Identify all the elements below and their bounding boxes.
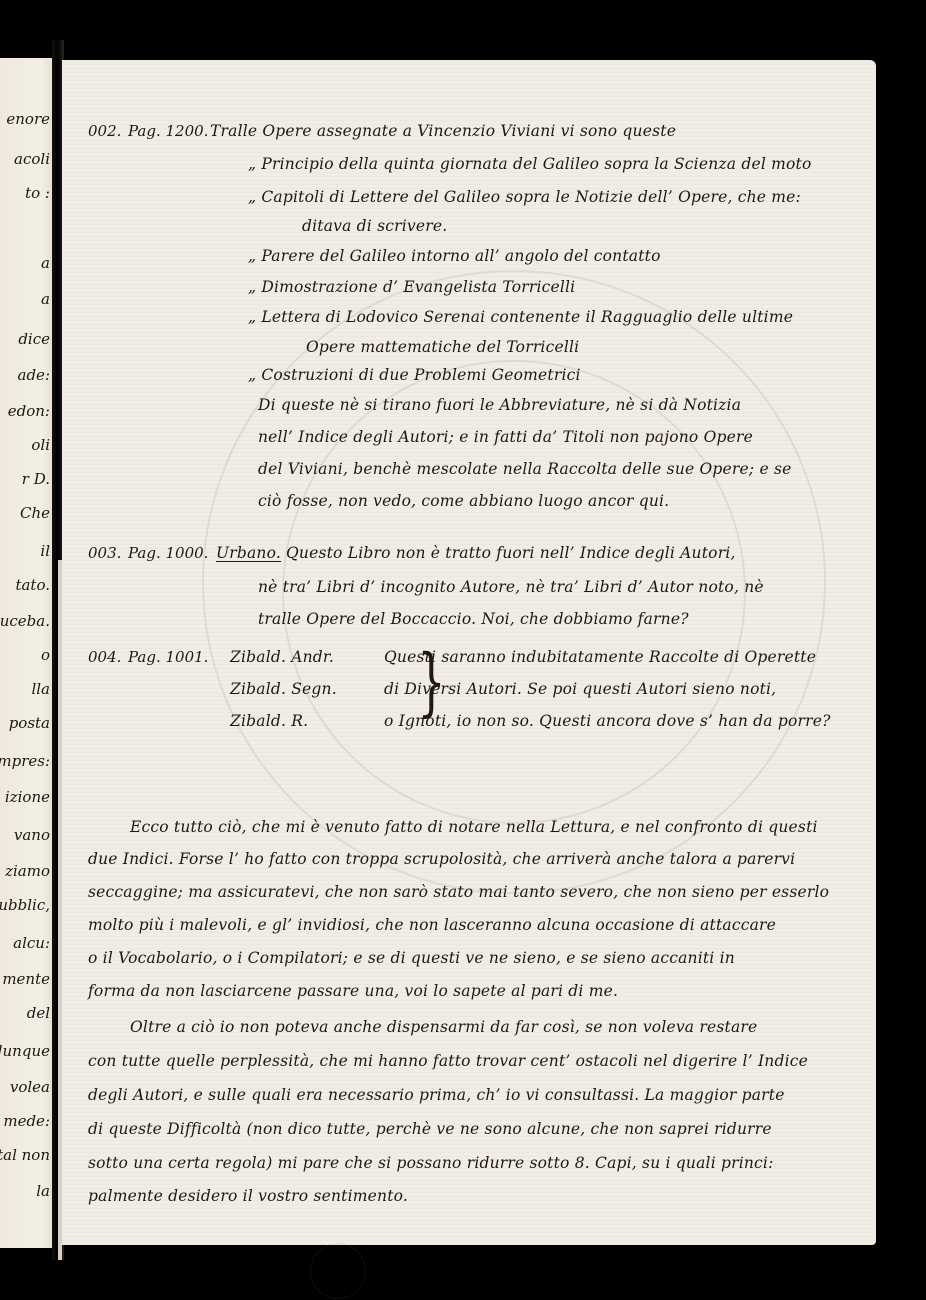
paragraph-line: palmente desidero il vostro sentimento. — [88, 1187, 408, 1205]
manuscript-page: 002. Pag. 1200. Tralle Opere assegnate a… — [62, 60, 876, 1245]
entry-line: „ Parere del Galileo intorno all’ angolo… — [248, 247, 661, 265]
page-reference: Pag. 1200. — [128, 122, 208, 140]
entry-number: 003. — [88, 544, 121, 562]
left-text-fragment: mente — [2, 970, 50, 988]
paragraph-line: degli Autori, e sulle quali era necessar… — [88, 1086, 785, 1104]
paragraph-line: seccaggine; ma assicuratevi, che non sar… — [88, 883, 829, 901]
left-text-fragment: edon: — [8, 402, 50, 420]
entry-line: del Viviani, benchè mescolate nella Racc… — [258, 460, 791, 478]
entry-line: di Diversi Autori. Se poi questi Autori … — [384, 680, 776, 698]
left-text-fragment: r D. — [22, 470, 50, 488]
left-text-fragment: impres: — [0, 752, 50, 770]
entry-line: Questi saranno indubitatamente Raccolte … — [384, 648, 816, 666]
entry-line: Opere mattematiche del Torricelli — [306, 338, 579, 356]
left-text-fragment: enore — [6, 110, 50, 128]
entry-line: tralle Opere del Boccaccio. Noi, che dob… — [258, 610, 689, 628]
left-text-fragment: oli — [31, 436, 50, 454]
entry-line: „ Dimostrazione d’ Evangelista Torricell… — [248, 278, 575, 296]
left-text-fragment: lla — [31, 680, 50, 698]
left-text-fragment: uceba. — [0, 612, 50, 630]
entry-line: nell’ Indice degli Autori; e in fatti da… — [258, 428, 753, 446]
paragraph-line: con tutte quelle perplessità, che mi han… — [88, 1052, 808, 1070]
paragraph-line: due Indici. Forse l’ ho fatto con troppa… — [88, 850, 795, 868]
entry-line: Di queste nè si tirano fuori le Abbrevia… — [258, 396, 741, 414]
left-text-fragment: a — [41, 290, 50, 308]
left-text-fragment: il — [40, 542, 50, 560]
entry-line: Tralle Opere assegnate a Vincenzio Vivia… — [210, 122, 676, 140]
paragraph-line: o il Vocabolario, o i Compilatori; e se … — [88, 949, 735, 967]
paragraph-line: Ecco tutto ciò, che mi è venuto fatto di… — [130, 818, 818, 836]
left-text-fragment: o — [41, 646, 50, 664]
left-text-fragment: mede: — [3, 1112, 50, 1130]
entry-line: „ Costruzioni di due Problemi Geometrici — [248, 366, 581, 384]
library-stamp — [310, 1243, 366, 1299]
entry-line: nè tra’ Libri d’ incognito Autore, nè tr… — [258, 578, 764, 596]
left-text-fragment: dunque — [0, 1042, 50, 1060]
entry-line: „ Capitoli di Lettere del Galileo sopra … — [248, 188, 801, 206]
left-text-fragment: vano — [14, 826, 50, 844]
left-text-fragment: acoli — [14, 150, 50, 168]
left-page-fragment: enore acoli to : a a dice ade: edon: oli… — [0, 58, 52, 1248]
entry-line: „ Lettera di Lodovico Serenai contenente… — [248, 308, 793, 326]
entry-line: o Ignoti, io non so. Questi ancora dove … — [384, 712, 831, 730]
entry-line: Questo Libro non è tratto fuori nell’ In… — [286, 544, 736, 562]
left-text-fragment: del — [27, 1004, 50, 1022]
entry-line: „ Principio della quinta giornata del Ga… — [248, 155, 812, 173]
paragraph-line: sotto una certa regola) mi pare che si p… — [88, 1154, 774, 1172]
bracketed-item: Zibald. R. — [230, 712, 308, 730]
page-reference: Pag. 1001. — [128, 648, 208, 666]
left-text-fragment: tato. — [15, 576, 50, 594]
left-text-fragment: dice — [18, 330, 50, 348]
left-text-fragment: posta — [9, 714, 50, 732]
entry-line: ditava di scrivere. — [302, 217, 447, 235]
paragraph-line: Oltre a ciò io non poteva anche dispensa… — [130, 1018, 757, 1036]
left-text-fragment: Pubblic, — [0, 896, 50, 914]
left-text-fragment: volea — [10, 1078, 50, 1096]
left-text-fragment: la — [36, 1182, 50, 1200]
left-text-fragment: tal non — [0, 1146, 50, 1164]
entry-number: 004. — [88, 648, 121, 666]
paragraph-line: di queste Difficoltà (non dico tutte, pe… — [88, 1120, 772, 1138]
paragraph-line: molto più i malevoli, e gl’ invidiosi, c… — [88, 916, 776, 934]
entry-heading: Urbano. — [216, 544, 281, 562]
bracketed-item: Zibald. Andr. — [230, 648, 334, 666]
paragraph-line: forma da non lasciarcene passare una, vo… — [88, 982, 618, 1000]
left-text-fragment: to : — [25, 184, 50, 202]
left-text-fragment: izione — [5, 788, 50, 806]
left-text-fragment: a — [41, 254, 50, 272]
left-text-fragment: ziamo — [5, 862, 50, 880]
left-text-fragment: alcu: — [13, 934, 50, 952]
left-text-fragment: Che — [20, 504, 50, 522]
entry-line: ciò fosse, non vedo, come abbiano luogo … — [258, 492, 669, 510]
entry-number: 002. — [88, 122, 121, 140]
page-reference: Pag. 1000. — [128, 544, 208, 562]
left-text-fragment: ade: — [18, 366, 50, 384]
bracketed-item: Zibald. Segn. — [230, 680, 337, 698]
